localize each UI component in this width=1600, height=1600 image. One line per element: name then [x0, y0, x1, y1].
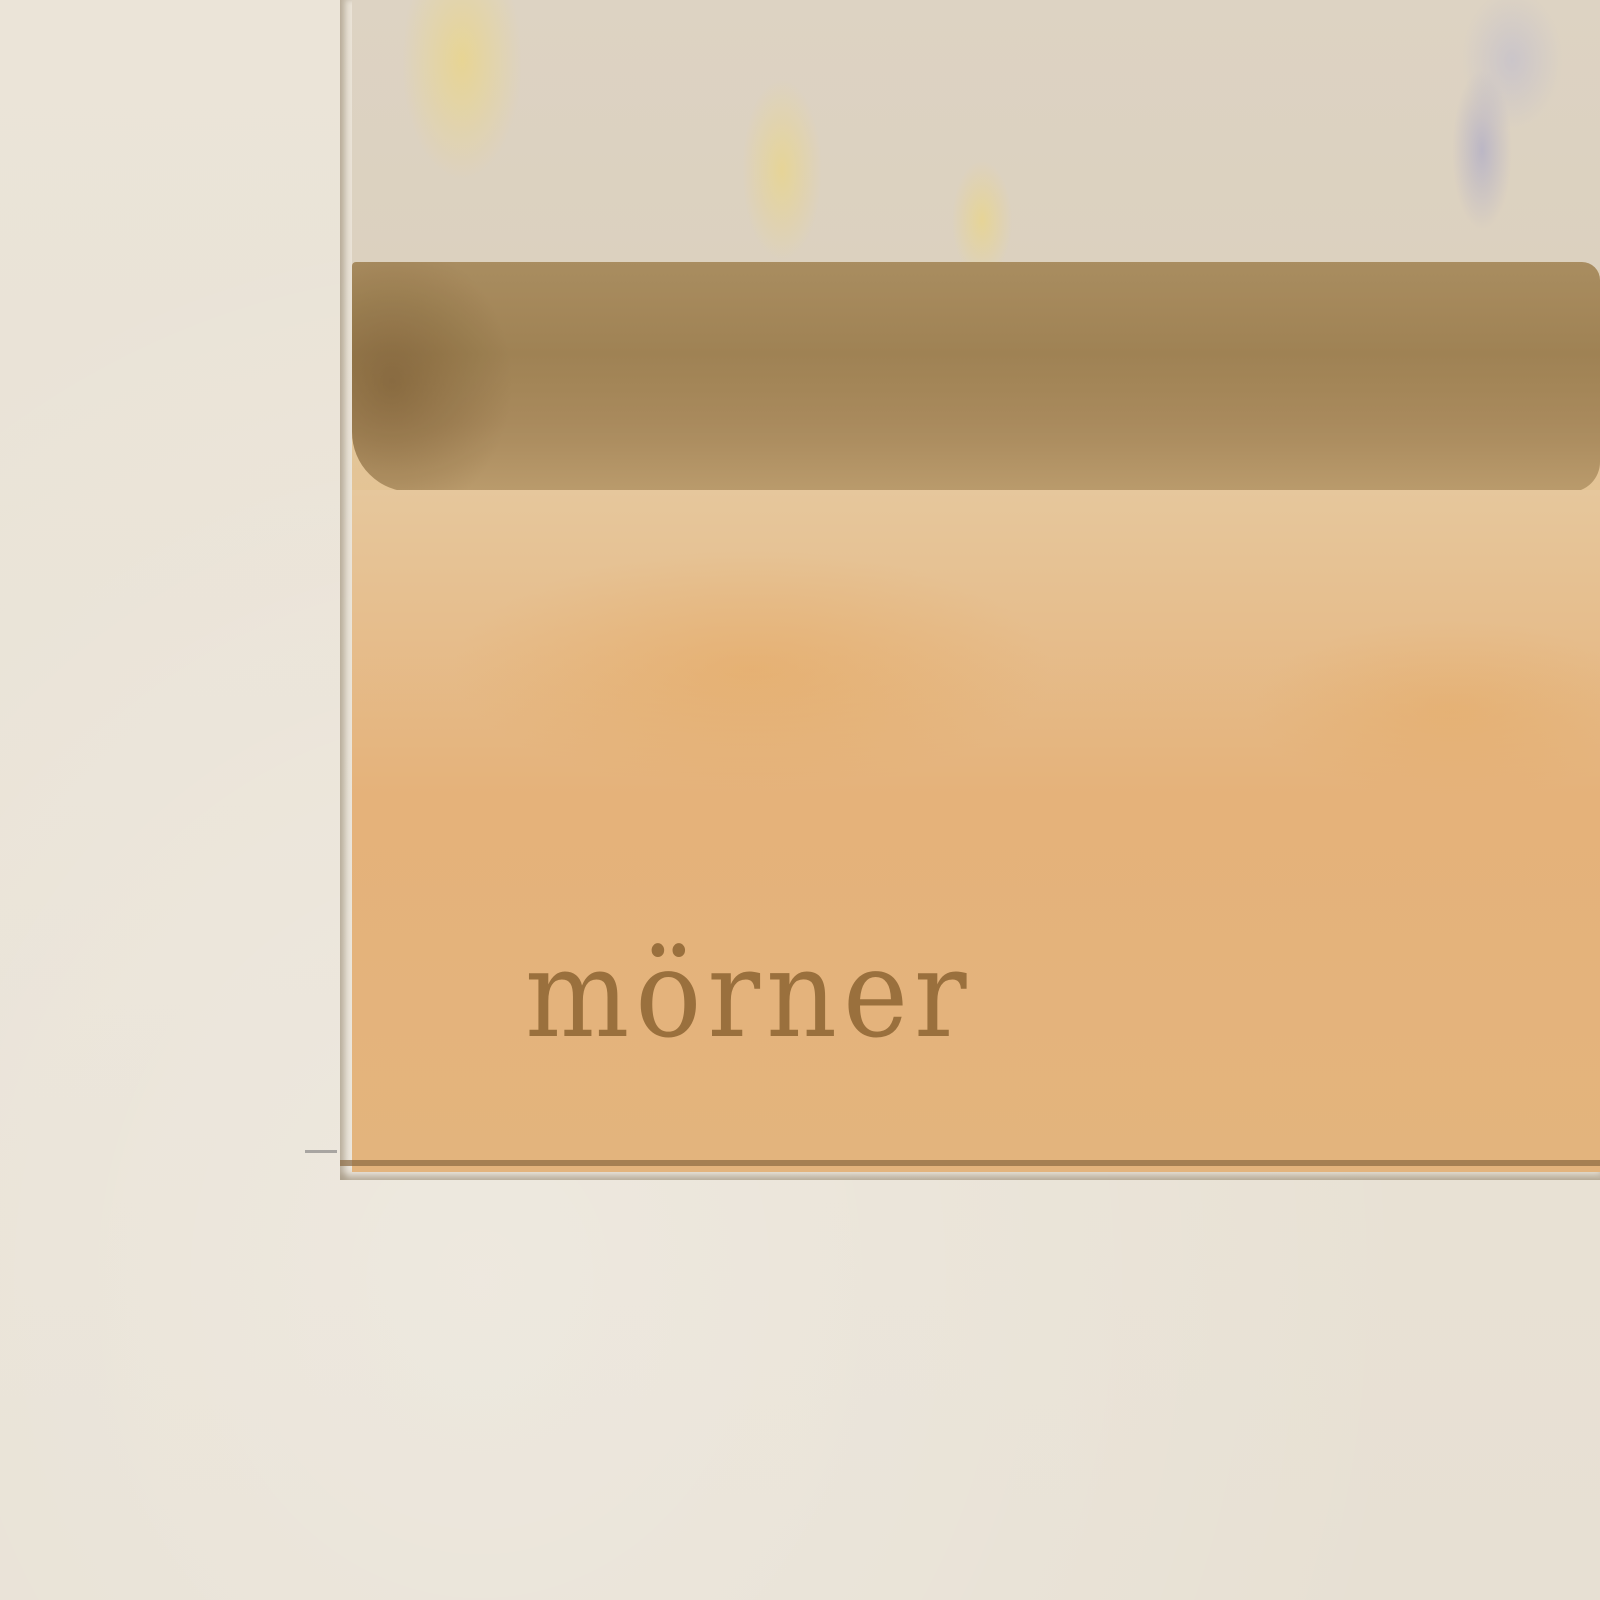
- sky-area: [352, 0, 1600, 270]
- dark-horizon-band: [352, 262, 1600, 492]
- artist-signature: mörner: [525, 924, 973, 1065]
- ochre-field: [352, 490, 1600, 1172]
- pencil-mark: [305, 1150, 337, 1153]
- mat-bottom-edge: [340, 1160, 1600, 1166]
